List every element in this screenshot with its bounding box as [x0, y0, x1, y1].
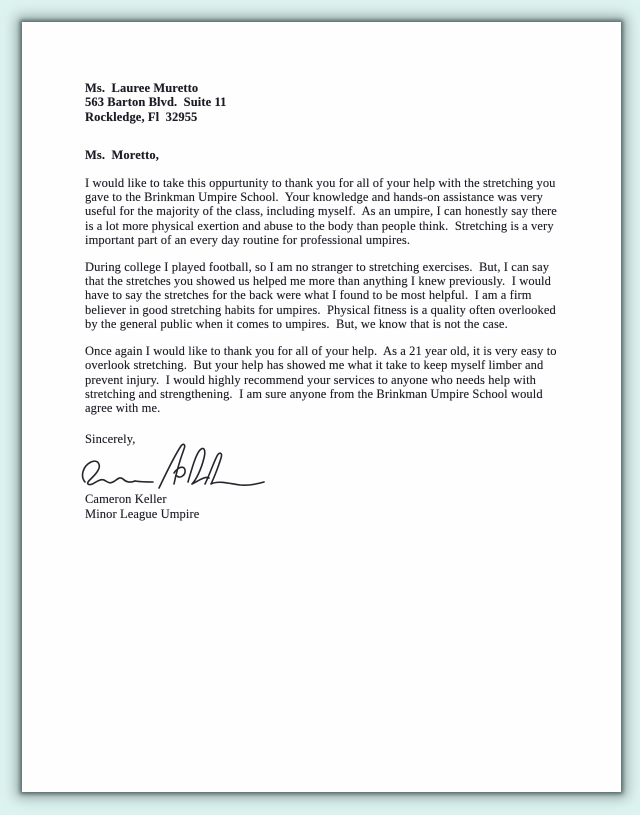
body-paragraph-3: Once again I would like to thank you for…	[85, 344, 559, 416]
signature-image	[75, 442, 559, 490]
signer-name: Cameron Keller	[85, 492, 559, 506]
signature-scribble-icon	[75, 442, 270, 492]
body-paragraph-2: During college I played football, so I a…	[85, 260, 559, 332]
recipient-street: 563 Barton Blvd. Suite 11	[85, 95, 559, 109]
signer-block: Cameron Keller Minor League Umpire	[85, 492, 559, 521]
recipient-city-state-zip: Rockledge, Fl 32955	[85, 110, 559, 124]
scan-background: Ms. Lauree Muretto 563 Barton Blvd. Suit…	[0, 0, 640, 815]
signer-title: Minor League Umpire	[85, 507, 559, 521]
salutation: Ms. Moretto,	[85, 148, 559, 162]
recipient-address-block: Ms. Lauree Muretto 563 Barton Blvd. Suit…	[85, 81, 559, 124]
body-paragraph-1: I would like to take this oppurtunity to…	[85, 176, 559, 248]
letter-page: Ms. Lauree Muretto 563 Barton Blvd. Suit…	[22, 22, 621, 792]
recipient-name: Ms. Lauree Muretto	[85, 81, 559, 95]
